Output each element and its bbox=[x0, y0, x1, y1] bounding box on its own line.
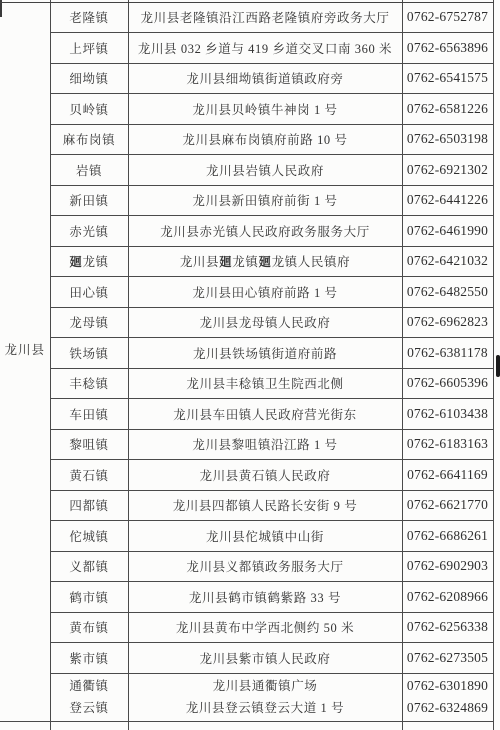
address-text: 龙川县登云镇登云大道 1 号 bbox=[129, 697, 402, 719]
phone-text: 0762-6301890 bbox=[403, 675, 493, 697]
town-cell: 赤光镇 bbox=[50, 216, 128, 247]
town-text: 紫市镇 bbox=[51, 649, 128, 667]
town-text: 上坪镇 bbox=[51, 39, 128, 57]
address-cell: 龙川县紫市镇人民政府 bbox=[128, 643, 402, 674]
phone-cell: 0762-63018900762-6324869 bbox=[402, 673, 493, 721]
town-cell: 岩镇 bbox=[50, 155, 128, 186]
town-cell: 车田镇 bbox=[50, 399, 128, 430]
phone-text: 0762-6441226 bbox=[403, 192, 493, 208]
table-row: 廻龙镇龙川县廻龙镇廻龙镇人民镇府0762-6421032 bbox=[0, 246, 493, 277]
town-cell: 田心镇 bbox=[50, 277, 128, 308]
town-cell: 黎咀镇 bbox=[50, 429, 128, 460]
phone-cell: 0762-6273505 bbox=[402, 643, 493, 674]
empty-cell bbox=[402, 721, 493, 730]
address-cell: 龙川县义都镇政务服务大厅 bbox=[128, 551, 402, 582]
town-text: 黄石镇 bbox=[51, 466, 128, 484]
address-text: 龙川县佗城镇中山街 bbox=[129, 527, 402, 545]
phone-cell: 0762-6605396 bbox=[402, 368, 493, 399]
empty-cell bbox=[0, 721, 50, 730]
table-row: 上坪镇龙川县 032 乡道与 419 乡道交叉口南 360 米0762-6563… bbox=[0, 33, 493, 64]
table-row: 四都镇龙川县四都镇人民路长安街 9 号0762-6621770 bbox=[0, 490, 493, 521]
address-text: 龙川县通衢镇广场 bbox=[129, 675, 402, 697]
phone-text: 0762-6183163 bbox=[403, 436, 493, 452]
town-text: 铁场镇 bbox=[51, 344, 128, 362]
town-cell: 佗城镇 bbox=[50, 521, 128, 552]
phone-text: 0762-6541575 bbox=[403, 70, 493, 86]
phone-cell: 0762-6441226 bbox=[402, 185, 493, 216]
empty-cell bbox=[50, 721, 128, 730]
table-row: 黄石镇龙川县黄石镇人民政府0762-6641169 bbox=[0, 460, 493, 491]
town-text: 车田镇 bbox=[51, 405, 128, 423]
table-row: 车田镇龙川县车田镇人民政府营光街东0762-6103438 bbox=[0, 399, 493, 430]
phone-cell: 0762-6183163 bbox=[402, 429, 493, 460]
town-cell: 黄布镇 bbox=[50, 612, 128, 643]
town-cell: 鹤市镇 bbox=[50, 582, 128, 613]
address-cell: 龙川县铁场镇街道府前路 bbox=[128, 338, 402, 369]
town-text: 岩镇 bbox=[51, 161, 128, 179]
address-cell: 龙川县赤光镇人民政府政务服务大厅 bbox=[128, 216, 402, 247]
phone-text: 0762-6962823 bbox=[403, 314, 493, 330]
phone-cell: 0762-6256338 bbox=[402, 612, 493, 643]
emphasized-char: 廻 bbox=[258, 254, 271, 269]
town-cell: 麻布岗镇 bbox=[50, 124, 128, 155]
table-body: 龙川县老隆镇龙川县老隆镇沿江西路老隆镇府旁政务大厅0762-6752787上坪镇… bbox=[0, 2, 493, 721]
phone-text: 0762-6641169 bbox=[403, 467, 493, 483]
table-row: 黎咀镇龙川县黎咀镇沿江路 1 号0762-6183163 bbox=[0, 429, 493, 460]
town-text: 赤光镇 bbox=[51, 222, 128, 240]
address-text: 龙川县黎咀镇沿江路 1 号 bbox=[129, 435, 402, 453]
town-text: 丰稔镇 bbox=[51, 374, 128, 392]
phone-text: 0762-6324869 bbox=[403, 697, 493, 719]
address-cell: 龙川县田心镇府前路 1 号 bbox=[128, 277, 402, 308]
town-cell: 丰稔镇 bbox=[50, 368, 128, 399]
town-cell: 贝岭镇 bbox=[50, 94, 128, 125]
phone-text: 0762-6256338 bbox=[403, 619, 493, 635]
address-text: 龙川县龙母镇人民政府 bbox=[129, 313, 402, 331]
town-cell: 老隆镇 bbox=[50, 2, 128, 33]
town-cell: 四都镇 bbox=[50, 490, 128, 521]
address-text: 龙川县田心镇府前路 1 号 bbox=[129, 283, 402, 301]
phone-text: 0762-6605396 bbox=[403, 375, 493, 391]
town-text: 老隆镇 bbox=[51, 8, 128, 26]
table-row: 龙川县老隆镇龙川县老隆镇沿江西路老隆镇府旁政务大厅0762-6752787 bbox=[0, 2, 493, 33]
address-text: 龙川县紫市镇人民政府 bbox=[129, 649, 402, 667]
town-cell: 紫市镇 bbox=[50, 643, 128, 674]
address-cell: 龙川县 032 乡道与 419 乡道交叉口南 360 米 bbox=[128, 33, 402, 64]
town-text: 麻布岗镇 bbox=[51, 130, 128, 148]
town-text: 黎咀镇 bbox=[51, 435, 128, 453]
address-text: 龙川县丰稔镇卫生院西北侧 bbox=[129, 374, 402, 392]
phone-cell: 0762-6962823 bbox=[402, 307, 493, 338]
address-text: 龙川县新田镇府前街 1 号 bbox=[129, 191, 402, 209]
address-cell: 龙川县四都镇人民路长安街 9 号 bbox=[128, 490, 402, 521]
town-text: 鹤市镇 bbox=[51, 588, 128, 606]
address-cell: 龙川县黎咀镇沿江路 1 号 bbox=[128, 429, 402, 460]
phone-text: 0762-6686261 bbox=[403, 528, 493, 544]
phone-cell: 0762-6421032 bbox=[402, 246, 493, 277]
address-cell: 龙川县佗城镇中山街 bbox=[128, 521, 402, 552]
address-text: 龙川县黄石镇人民政府 bbox=[129, 466, 402, 484]
emphasized-char: 廻 bbox=[219, 254, 232, 269]
phone-cell: 0762-6541575 bbox=[402, 63, 493, 94]
address-text: 龙川县四都镇人民路长安街 9 号 bbox=[129, 496, 402, 514]
phone-cell: 0762-6621770 bbox=[402, 490, 493, 521]
table-row: 丰稔镇龙川县丰稔镇卫生院西北侧0762-6605396 bbox=[0, 368, 493, 399]
table-row: 黄布镇龙川县黄布中学西北侧约 50 米0762-6256338 bbox=[0, 612, 493, 643]
scrollbar-thumb[interactable] bbox=[496, 355, 500, 377]
address-cell: 龙川县龙母镇人民政府 bbox=[128, 307, 402, 338]
address-cell: 龙川县黄布中学西北侧约 50 米 bbox=[128, 612, 402, 643]
town-text: 贝岭镇 bbox=[51, 100, 128, 118]
table-row: 义都镇龙川县义都镇政务服务大厅0762-6902903 bbox=[0, 551, 493, 582]
county-cell: 龙川县 bbox=[0, 2, 50, 721]
phone-text: 0762-6581226 bbox=[403, 101, 493, 117]
town-text: 登云镇 bbox=[51, 697, 128, 719]
town-text: 四都镇 bbox=[51, 496, 128, 514]
table-row: 通衢镇登云镇龙川县通衢镇广场龙川县登云镇登云大道 1 号0762-6301890… bbox=[0, 673, 493, 721]
town-text: 新田镇 bbox=[51, 191, 128, 209]
address-text: 龙川县贝岭镇牛神岗 1 号 bbox=[129, 100, 402, 118]
town-text: 黄布镇 bbox=[51, 618, 128, 636]
phone-cell: 0762-6641169 bbox=[402, 460, 493, 491]
phone-cell: 0762-6503198 bbox=[402, 124, 493, 155]
phone-cell: 0762-6752787 bbox=[402, 2, 493, 33]
table-row: 佗城镇龙川县佗城镇中山街0762-6686261 bbox=[0, 521, 493, 552]
town-text: 义都镇 bbox=[51, 557, 128, 575]
table-row: 田心镇龙川县田心镇府前路 1 号0762-6482550 bbox=[0, 277, 493, 308]
town-text: 佗城镇 bbox=[51, 527, 128, 545]
table-row: 赤光镇龙川县赤光镇人民政府政务服务大厅0762-6461990 bbox=[0, 216, 493, 247]
address-text: 龙川县 032 乡道与 419 乡道交叉口南 360 米 bbox=[129, 39, 402, 57]
phone-cell: 0762-6921302 bbox=[402, 155, 493, 186]
phone-text: 0762-6461990 bbox=[403, 223, 493, 239]
page: 龙川县老隆镇龙川县老隆镇沿江西路老隆镇府旁政务大厅0762-6752787上坪镇… bbox=[0, 0, 500, 730]
phone-text: 0762-6621770 bbox=[403, 497, 493, 513]
phone-text: 0762-6421032 bbox=[403, 253, 493, 269]
town-cell: 黄石镇 bbox=[50, 460, 128, 491]
table-row: 铁场镇龙川县铁场镇街道府前路0762-6381178 bbox=[0, 338, 493, 369]
address-text: 龙川县细坳镇街道镇政府旁 bbox=[129, 69, 402, 87]
town-text: 细坳镇 bbox=[51, 69, 128, 87]
address-cell: 龙川县通衢镇广场龙川县登云镇登云大道 1 号 bbox=[128, 673, 402, 721]
address-text: 龙川县麻布岗镇府前路 10 号 bbox=[129, 130, 402, 148]
address-cell: 龙川县贝岭镇牛神岗 1 号 bbox=[128, 94, 402, 125]
town-cell: 上坪镇 bbox=[50, 33, 128, 64]
table-row: 麻布岗镇龙川县麻布岗镇府前路 10 号0762-6503198 bbox=[0, 124, 493, 155]
address-cell: 龙川县老隆镇沿江西路老隆镇府旁政务大厅 bbox=[128, 2, 402, 33]
phone-cell: 0762-6208966 bbox=[402, 582, 493, 613]
address-text: 龙川县铁场镇街道府前路 bbox=[129, 344, 402, 362]
address-text: 龙川县廻龙镇廻龙镇人民镇府 bbox=[129, 252, 402, 270]
table-row: 新田镇龙川县新田镇府前街 1 号0762-6441226 bbox=[0, 185, 493, 216]
address-cell: 龙川县细坳镇街道镇政府旁 bbox=[128, 63, 402, 94]
phone-cell: 0762-6563896 bbox=[402, 33, 493, 64]
phone-cell: 0762-6686261 bbox=[402, 521, 493, 552]
empty-cell bbox=[128, 721, 402, 730]
address-cell: 龙川县岩镇人民政府 bbox=[128, 155, 402, 186]
address-cell: 龙川县丰稔镇卫生院西北侧 bbox=[128, 368, 402, 399]
town-cell: 细坳镇 bbox=[50, 63, 128, 94]
town-text: 龙母镇 bbox=[51, 313, 128, 331]
address-text: 龙川县鹤市镇鹤紫路 33 号 bbox=[129, 588, 402, 606]
address-text: 龙川县赤光镇人民政府政务服务大厅 bbox=[129, 222, 402, 240]
town-cell: 廻龙镇 bbox=[50, 246, 128, 277]
town-text: 田心镇 bbox=[51, 283, 128, 301]
town-cell: 铁场镇 bbox=[50, 338, 128, 369]
partial-row-bottom bbox=[0, 721, 493, 730]
town-cell: 新田镇 bbox=[50, 185, 128, 216]
phone-text: 0762-6902903 bbox=[403, 558, 493, 574]
phone-text: 0762-6503198 bbox=[403, 131, 493, 147]
phone-cell: 0762-6103438 bbox=[402, 399, 493, 430]
address-cell: 龙川县鹤市镇鹤紫路 33 号 bbox=[128, 582, 402, 613]
phone-text: 0762-6103438 bbox=[403, 406, 493, 422]
emphasized-char: 廻 bbox=[69, 254, 82, 269]
town-cell: 通衢镇登云镇 bbox=[50, 673, 128, 721]
town-cell: 义都镇 bbox=[50, 551, 128, 582]
table-row: 细坳镇龙川县细坳镇街道镇政府旁0762-6541575 bbox=[0, 63, 493, 94]
table-row: 鹤市镇龙川县鹤市镇鹤紫路 33 号0762-6208966 bbox=[0, 582, 493, 613]
town-text: 廻龙镇 bbox=[51, 252, 128, 270]
table-row: 岩镇龙川县岩镇人民政府0762-6921302 bbox=[0, 155, 493, 186]
address-text: 龙川县黄布中学西北侧约 50 米 bbox=[129, 618, 402, 636]
address-cell: 龙川县廻龙镇廻龙镇人民镇府 bbox=[128, 246, 402, 277]
phone-text: 0762-6482550 bbox=[403, 284, 493, 300]
address-cell: 龙川县新田镇府前街 1 号 bbox=[128, 185, 402, 216]
table-row: 龙母镇龙川县龙母镇人民政府0762-6962823 bbox=[0, 307, 493, 338]
phone-cell: 0762-6461990 bbox=[402, 216, 493, 247]
phone-text: 0762-6921302 bbox=[403, 162, 493, 178]
phone-text: 0762-6208966 bbox=[403, 589, 493, 605]
address-text: 龙川县义都镇政务服务大厅 bbox=[129, 557, 402, 575]
phone-cell: 0762-6381178 bbox=[402, 338, 493, 369]
address-text: 龙川县岩镇人民政府 bbox=[129, 161, 402, 179]
address-cell: 龙川县车田镇人民政府营光街东 bbox=[128, 399, 402, 430]
contact-table: 龙川县老隆镇龙川县老隆镇沿江西路老隆镇府旁政务大厅0762-6752787上坪镇… bbox=[0, 0, 494, 730]
address-text: 龙川县车田镇人民政府营光街东 bbox=[129, 405, 402, 423]
address-text: 龙川县老隆镇沿江西路老隆镇府旁政务大厅 bbox=[129, 8, 402, 26]
phone-text: 0762-6563896 bbox=[403, 40, 493, 56]
phone-text: 0762-6381178 bbox=[403, 345, 493, 361]
phone-cell: 0762-6902903 bbox=[402, 551, 493, 582]
phone-text: 0762-6752787 bbox=[403, 9, 493, 25]
address-cell: 龙川县黄石镇人民政府 bbox=[128, 460, 402, 491]
table-row: 贝岭镇龙川县贝岭镇牛神岗 1 号0762-6581226 bbox=[0, 94, 493, 125]
phone-cell: 0762-6581226 bbox=[402, 94, 493, 125]
phone-text: 0762-6273505 bbox=[403, 650, 493, 666]
town-text: 通衢镇 bbox=[51, 675, 128, 697]
address-cell: 龙川县麻布岗镇府前路 10 号 bbox=[128, 124, 402, 155]
town-cell: 龙母镇 bbox=[50, 307, 128, 338]
table-row: 紫市镇龙川县紫市镇人民政府0762-6273505 bbox=[0, 643, 493, 674]
phone-cell: 0762-6482550 bbox=[402, 277, 493, 308]
